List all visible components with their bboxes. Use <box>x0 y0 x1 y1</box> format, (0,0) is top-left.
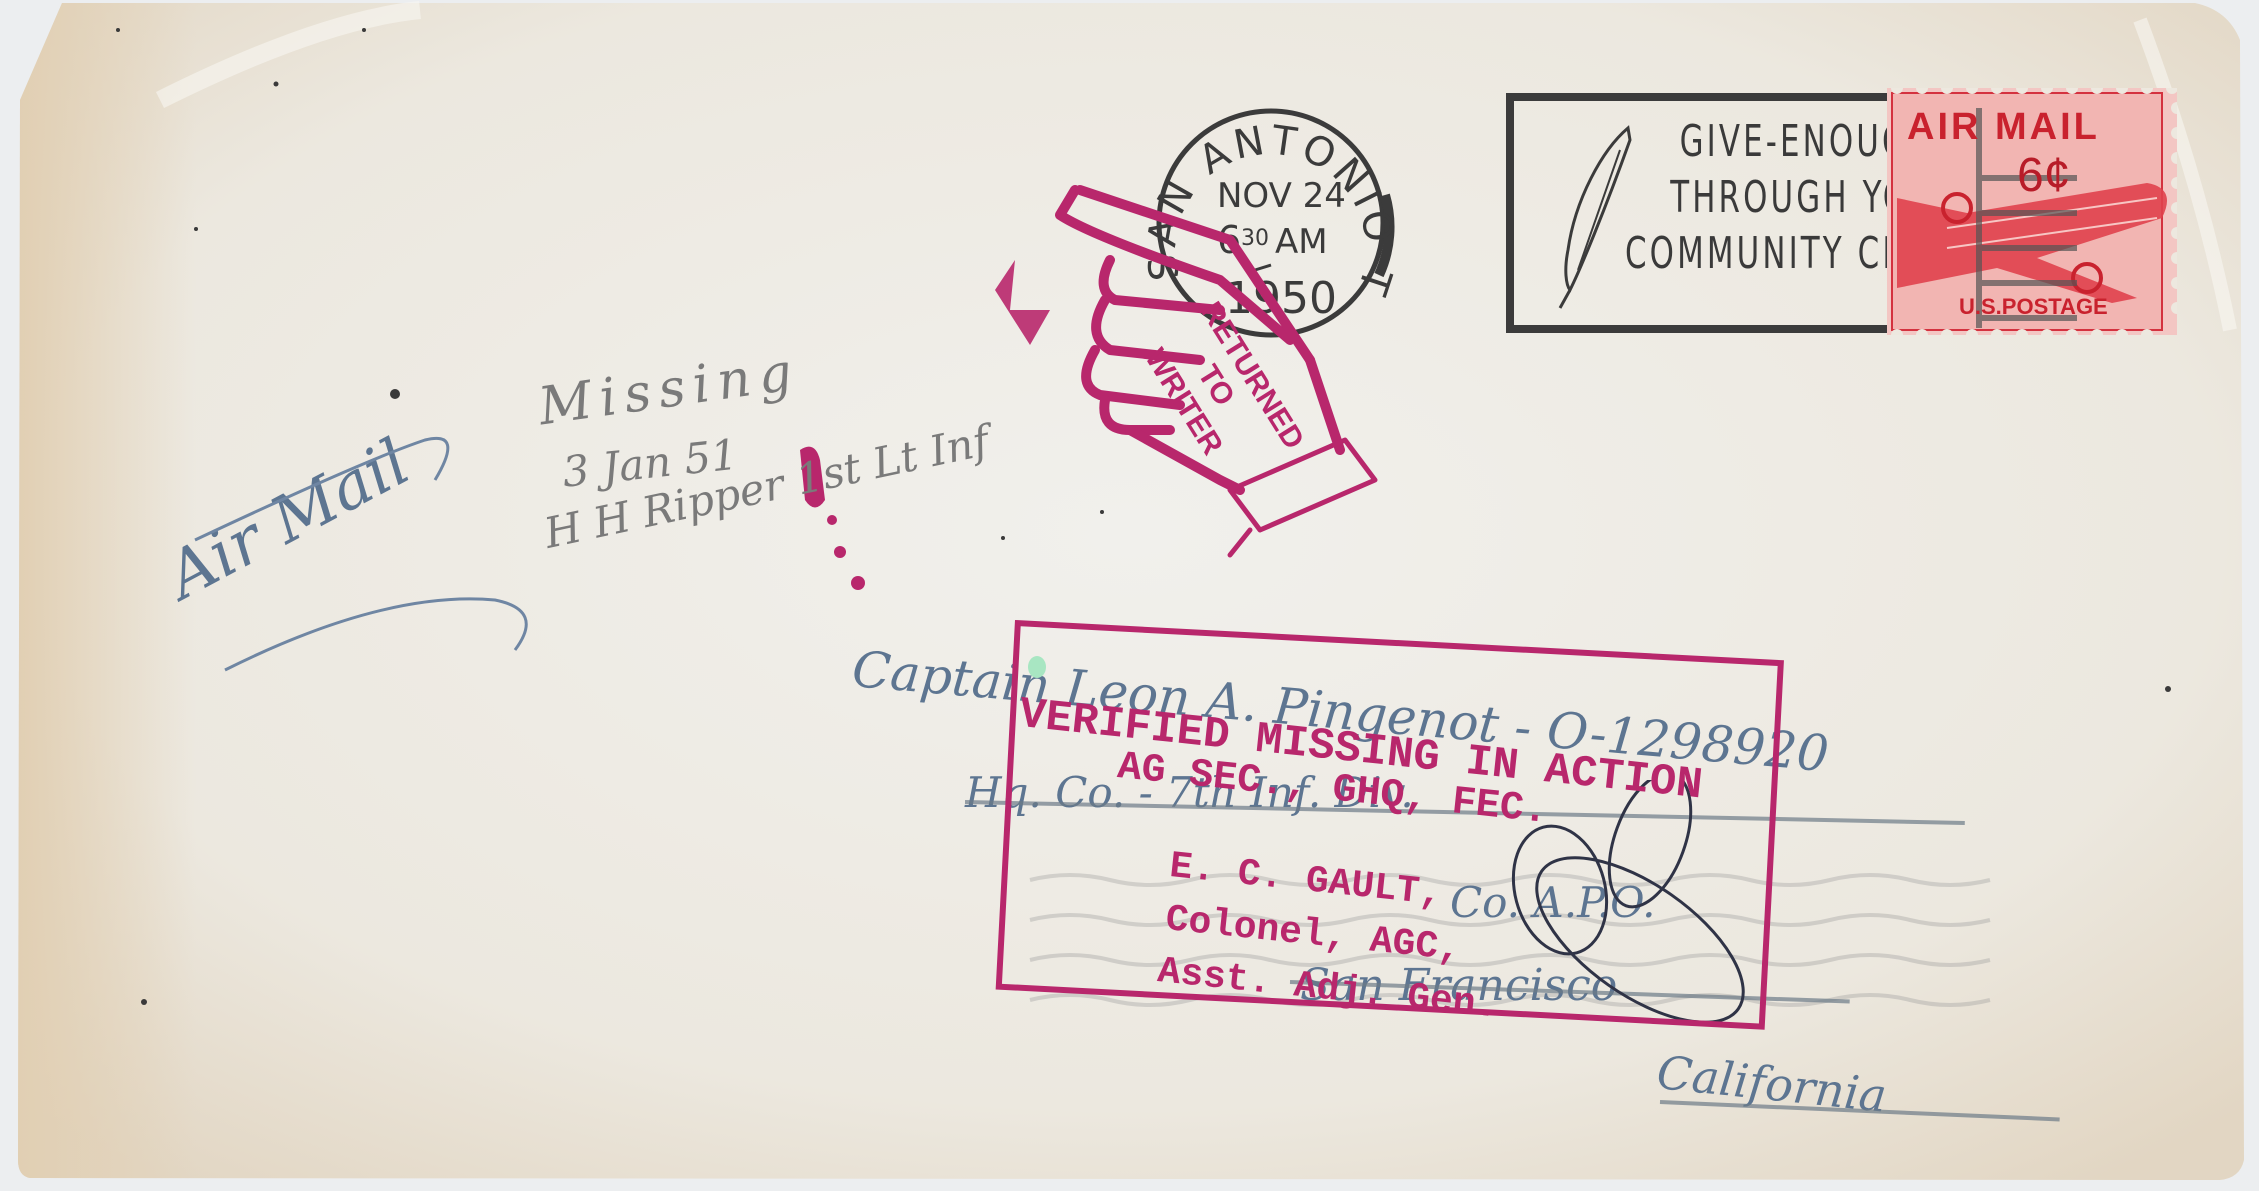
ink-blot <box>995 260 1050 345</box>
pointing-hand-icon: RETURNED TO WRITER <box>930 160 1390 560</box>
stamp-us-postage-label: U.S.POSTAGE <box>1959 294 2108 320</box>
mia-stamp-box <box>996 620 1784 1030</box>
envelope: SAN ANTONIO TEX. NOV 24 6 30 AM 1950 GIV… <box>0 0 2259 1191</box>
green-dot <box>1028 656 1046 678</box>
stamp-air-mail-label: AIR MAIL <box>1907 106 2100 149</box>
air-mail-flourish <box>185 420 565 680</box>
postage-stamp: AIR MAIL 6¢ U.S.POSTAGE <box>1887 88 2177 335</box>
stamp-denomination: 6¢ <box>2017 148 2070 203</box>
